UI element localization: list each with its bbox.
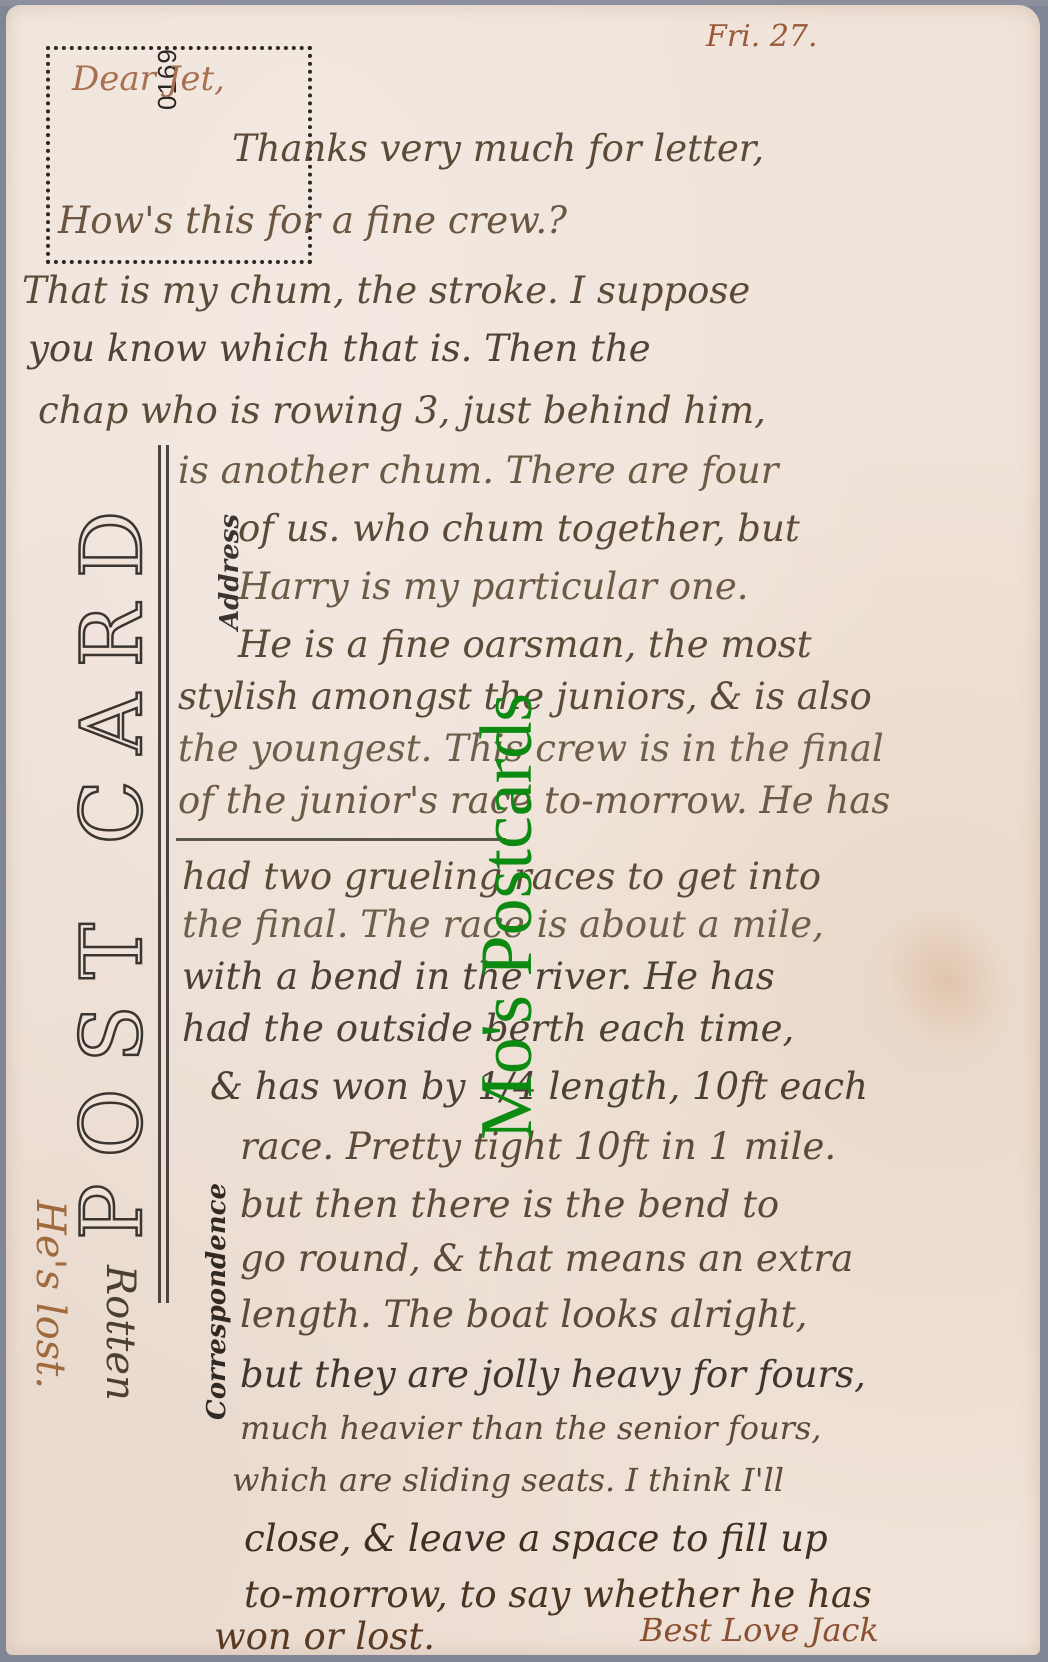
message-line: you know which that is. Then the (28, 330, 651, 367)
message-line: He is a fine oarsman, the most (238, 626, 812, 663)
greeting: Dear Jet, (72, 62, 225, 96)
margin-note-rotten: Rotten (100, 1265, 140, 1401)
correspondence-label: Correspondence (202, 1183, 232, 1420)
message-line: which are sliding seats. I think I'll (232, 1464, 784, 1496)
message-line: go round, & that means an extra (240, 1240, 853, 1277)
address-line (176, 838, 506, 841)
post-card-heading: POST CARD (70, 420, 154, 1240)
message-line: close, & leave a space to fill up (244, 1520, 828, 1557)
message-line: of us. who chum together, but (238, 510, 800, 547)
margin-note-lost: He's lost. (30, 1200, 70, 1389)
message-line: Harry is my particular one. (238, 568, 748, 605)
message-line: to-morrow, to say whether he has (244, 1576, 872, 1613)
handwritten-date: Fri. 27. (706, 22, 818, 52)
message-line: much heavier than the senior fours, (240, 1412, 821, 1444)
message-line: length. The boat looks alright, (240, 1296, 807, 1333)
message-line: That is my chum, the stroke. I suppose (22, 272, 750, 309)
divider-line (158, 445, 161, 1303)
message-line: is another chum. There are four (178, 452, 778, 489)
message-line: Thanks very much for letter, (232, 130, 764, 167)
divider-line (166, 445, 169, 1303)
message-line: but they are jolly heavy for fours, (240, 1356, 866, 1393)
message-line: How's this for a fine crew.? (58, 202, 567, 239)
message-line: won or lost. (214, 1618, 435, 1655)
message-line: chap who is rowing 3, just behind him, (38, 392, 766, 429)
message-line: but then there is the bend to (240, 1186, 779, 1223)
watermark: Mo's Postcards (470, 693, 544, 1140)
signature: Best Love Jack (640, 1614, 879, 1646)
water-stain (860, 887, 1032, 1074)
